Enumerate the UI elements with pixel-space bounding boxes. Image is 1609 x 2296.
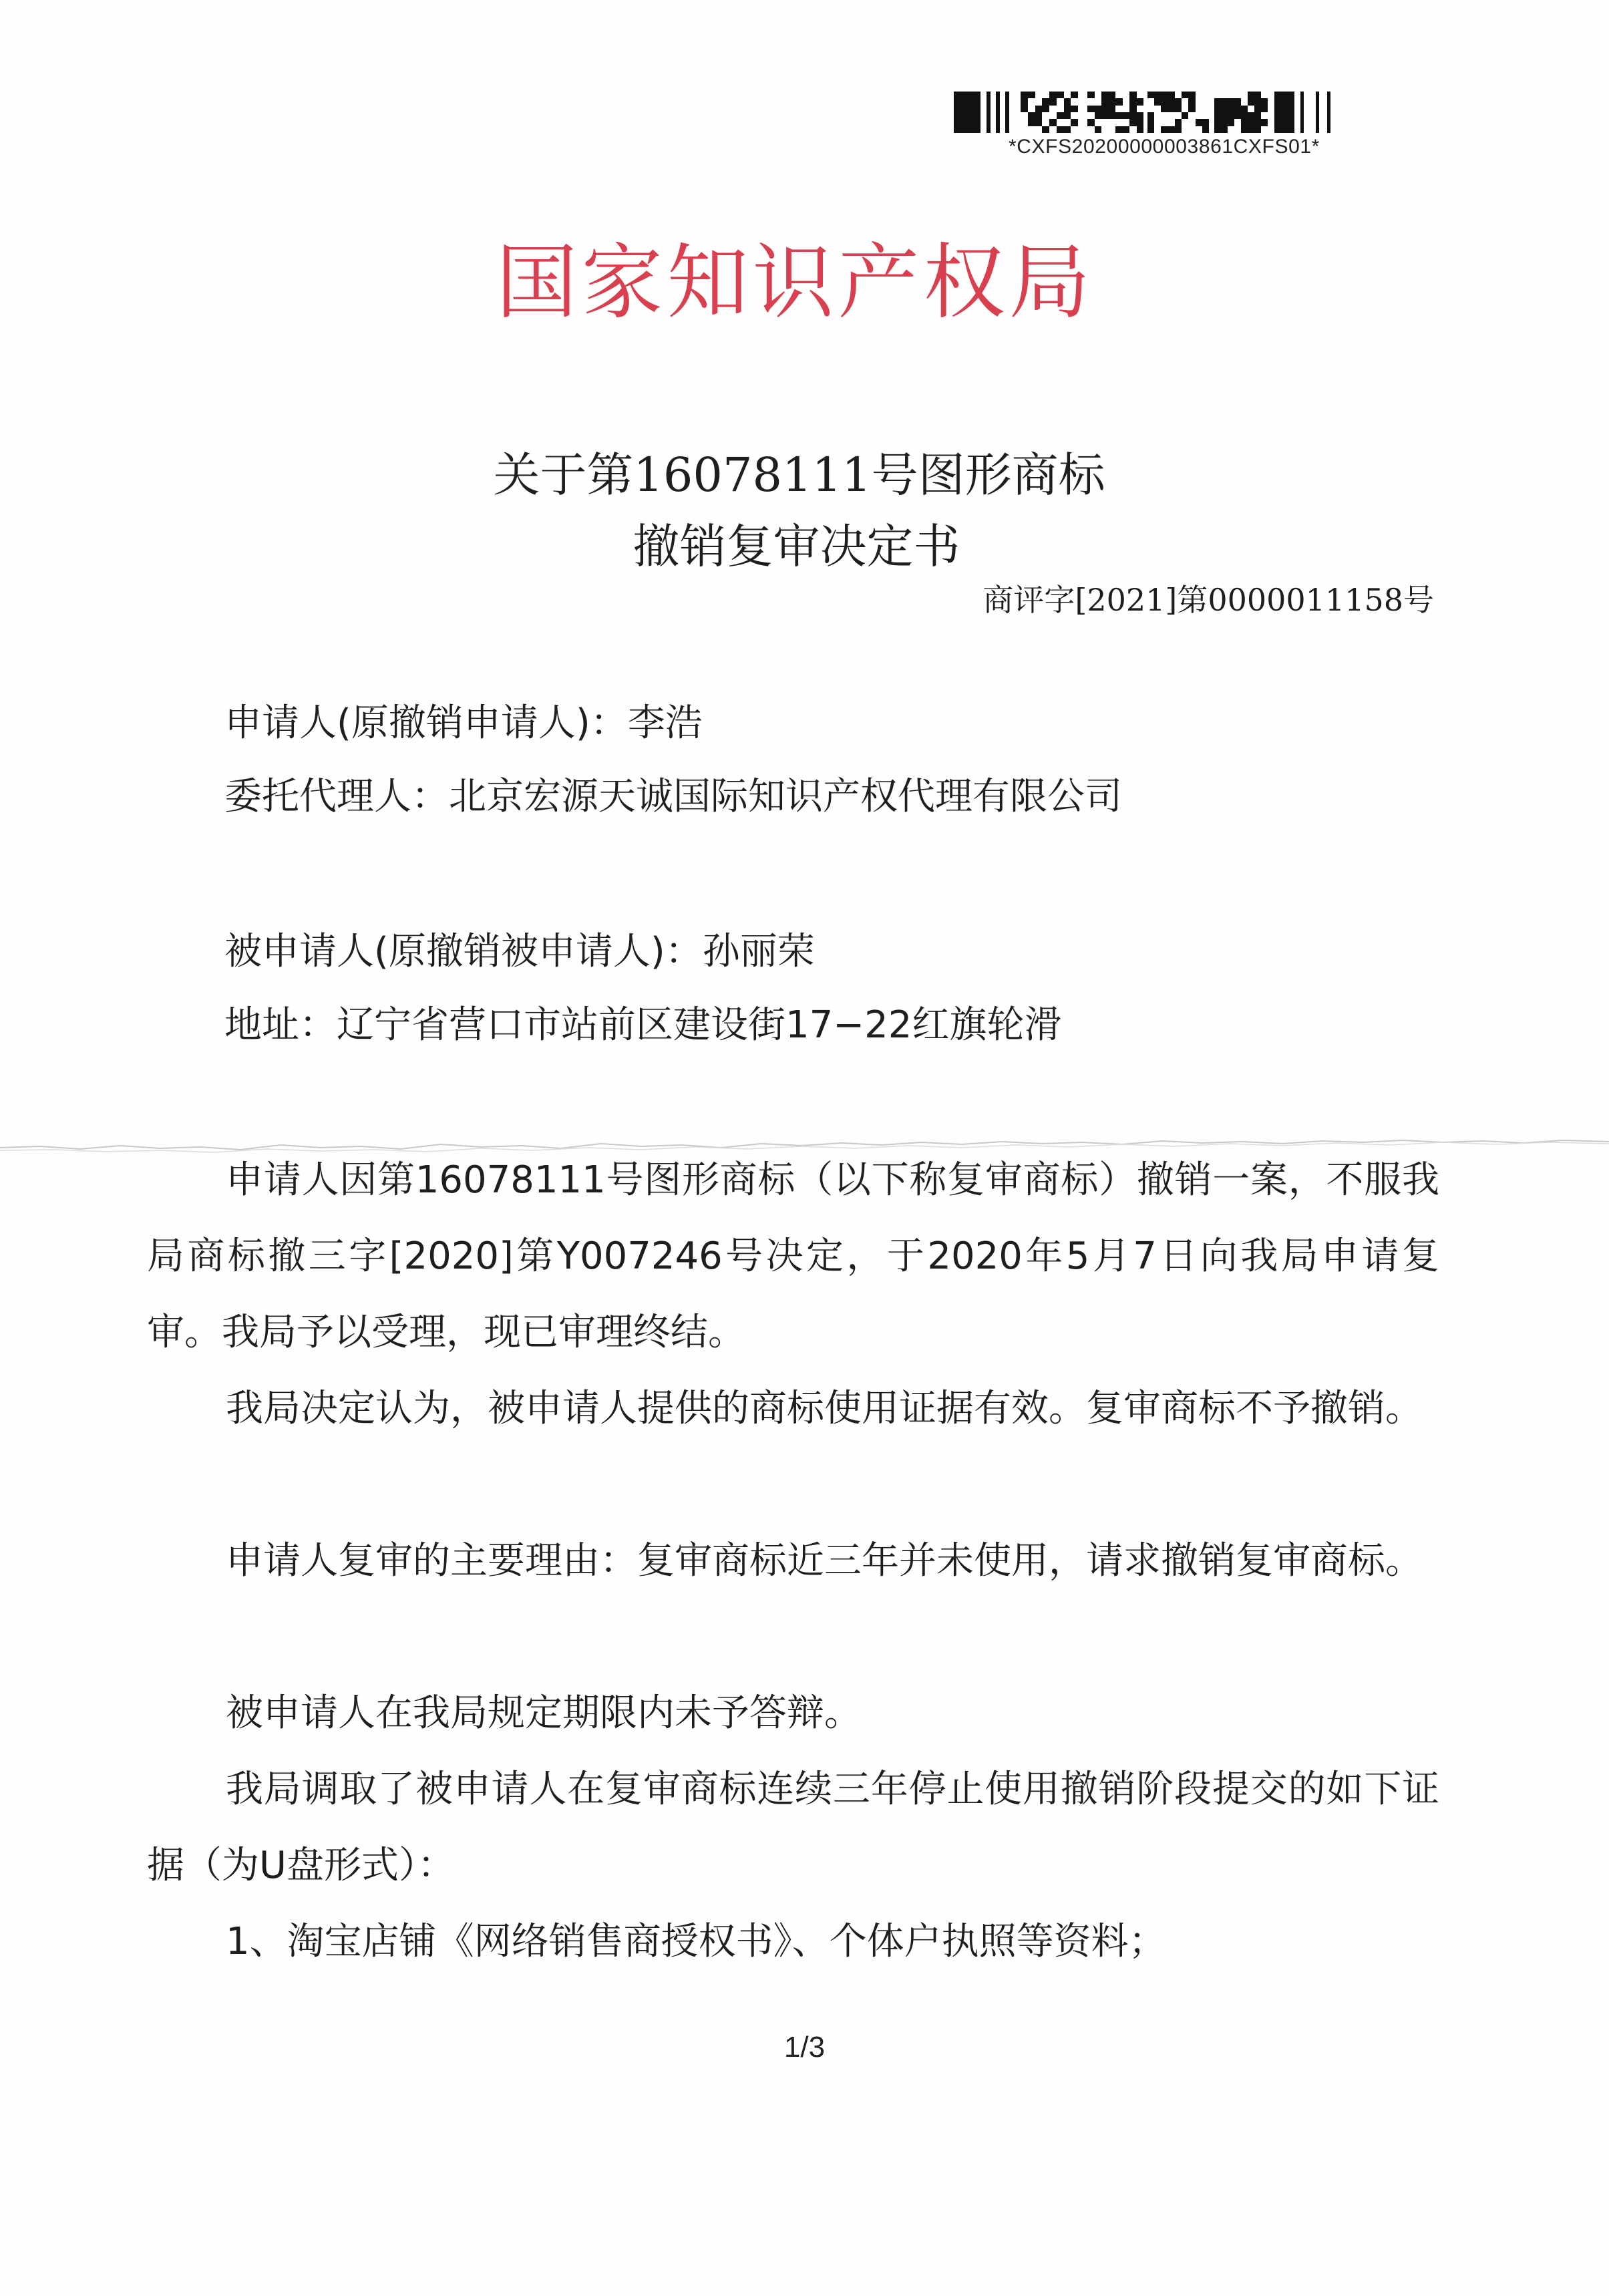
body-paragraph-5: 我局调取了被申请人在复审商标连续三年停止使用撤销阶段提交的如下证据（为U盘形式）… [147,1752,1439,1904]
body-paragraph-1: 申请人因第16078111号图形商标（以下称复审商标）撤销一案，不服我局商标撤三… [147,1142,1439,1371]
respondent-line: 被申请人(原撤销被申请人)：孙丽荣 [224,922,815,975]
barcode-icon [954,92,1369,133]
body-paragraph-4: 被申请人在我局规定期限内未予答辩。 [147,1675,1439,1752]
page-number: 1/3 [0,2031,1609,2064]
document-title-line1: 关于第16078111号图形商标 [0,438,1604,505]
document-number: 商评字[2021]第0000011158号 [982,576,1434,620]
document-page: *CXFS20200000003861CXFS01* 国家知识产权局 关于第16… [0,0,1609,2296]
agent-line: 委托代理人：北京宏源天诚国际知识产权代理有限公司 [224,767,1122,820]
address-line: 地址：辽宁省营口市站前区建设街17−22红旗轮滑 [224,995,1061,1049]
body-paragraph-2: 我局决定认为，被申请人提供的商标使用证据有效。复审商标不予撤销。 [147,1371,1439,1447]
evidence-item-1: 1、淘宝店铺《网络销售商授权书》、个体户执照等资料； [147,1904,1439,1980]
document-title-line2: 撤销复审决定书 [0,509,1601,577]
barcode-code-text: *CXFS20200000003861CXFS01* [1009,136,1376,158]
body-paragraph-3: 申请人复审的主要理由：复审商标近三年并未使用，请求撤销复审商标。 [147,1523,1439,1599]
applicant-line: 申请人(原撤销申请人)：李浩 [224,693,703,747]
agency-name: 国家知识产权局 [0,217,1600,334]
